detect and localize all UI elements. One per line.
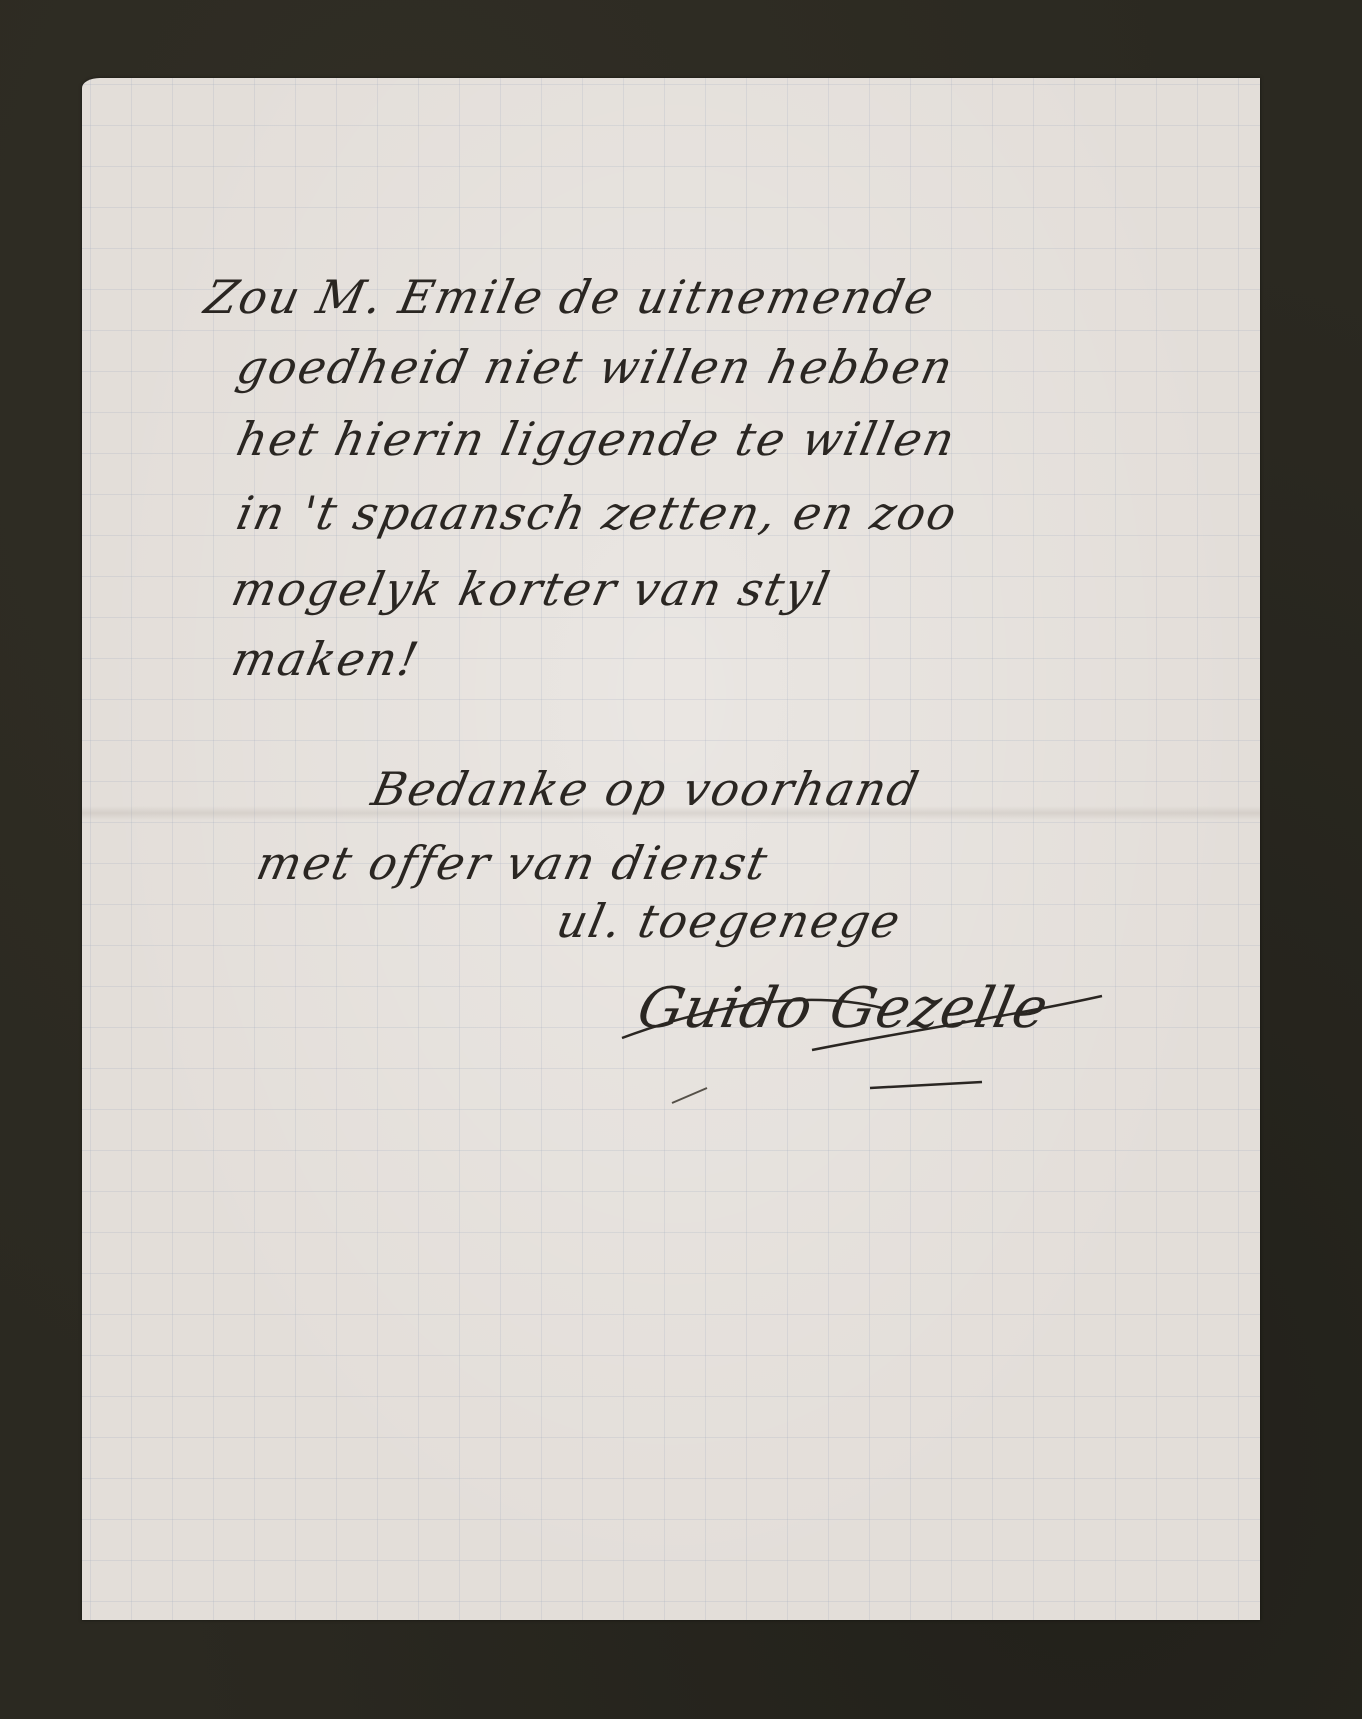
letter-closing-line-3: ul. toegenege bbox=[552, 894, 907, 948]
letter-body-line-4: in 't spaansch zetten, en zoo bbox=[232, 486, 963, 540]
letter-body-line-2: goedheid niet willen hebben bbox=[232, 340, 959, 394]
letter-body-line-5: mogelyk korter van styl bbox=[227, 562, 836, 616]
letter-body-line-1: Zou M. Emile de uitnemende bbox=[200, 270, 940, 324]
letter-closing-line-2: met offer van dienst bbox=[252, 836, 774, 890]
letter-closing-line-1: Bedanke op voorhand bbox=[367, 762, 925, 816]
signature-underline-icon bbox=[667, 1078, 747, 1108]
signature-flourish-icon bbox=[582, 978, 1142, 1098]
letter-body-line-3: het hierin liggende te willen bbox=[232, 412, 961, 466]
letter-body-line-6: maken! bbox=[227, 632, 425, 686]
letter-page: Zou M. Emile de uitnemende goedheid niet… bbox=[82, 78, 1260, 1620]
